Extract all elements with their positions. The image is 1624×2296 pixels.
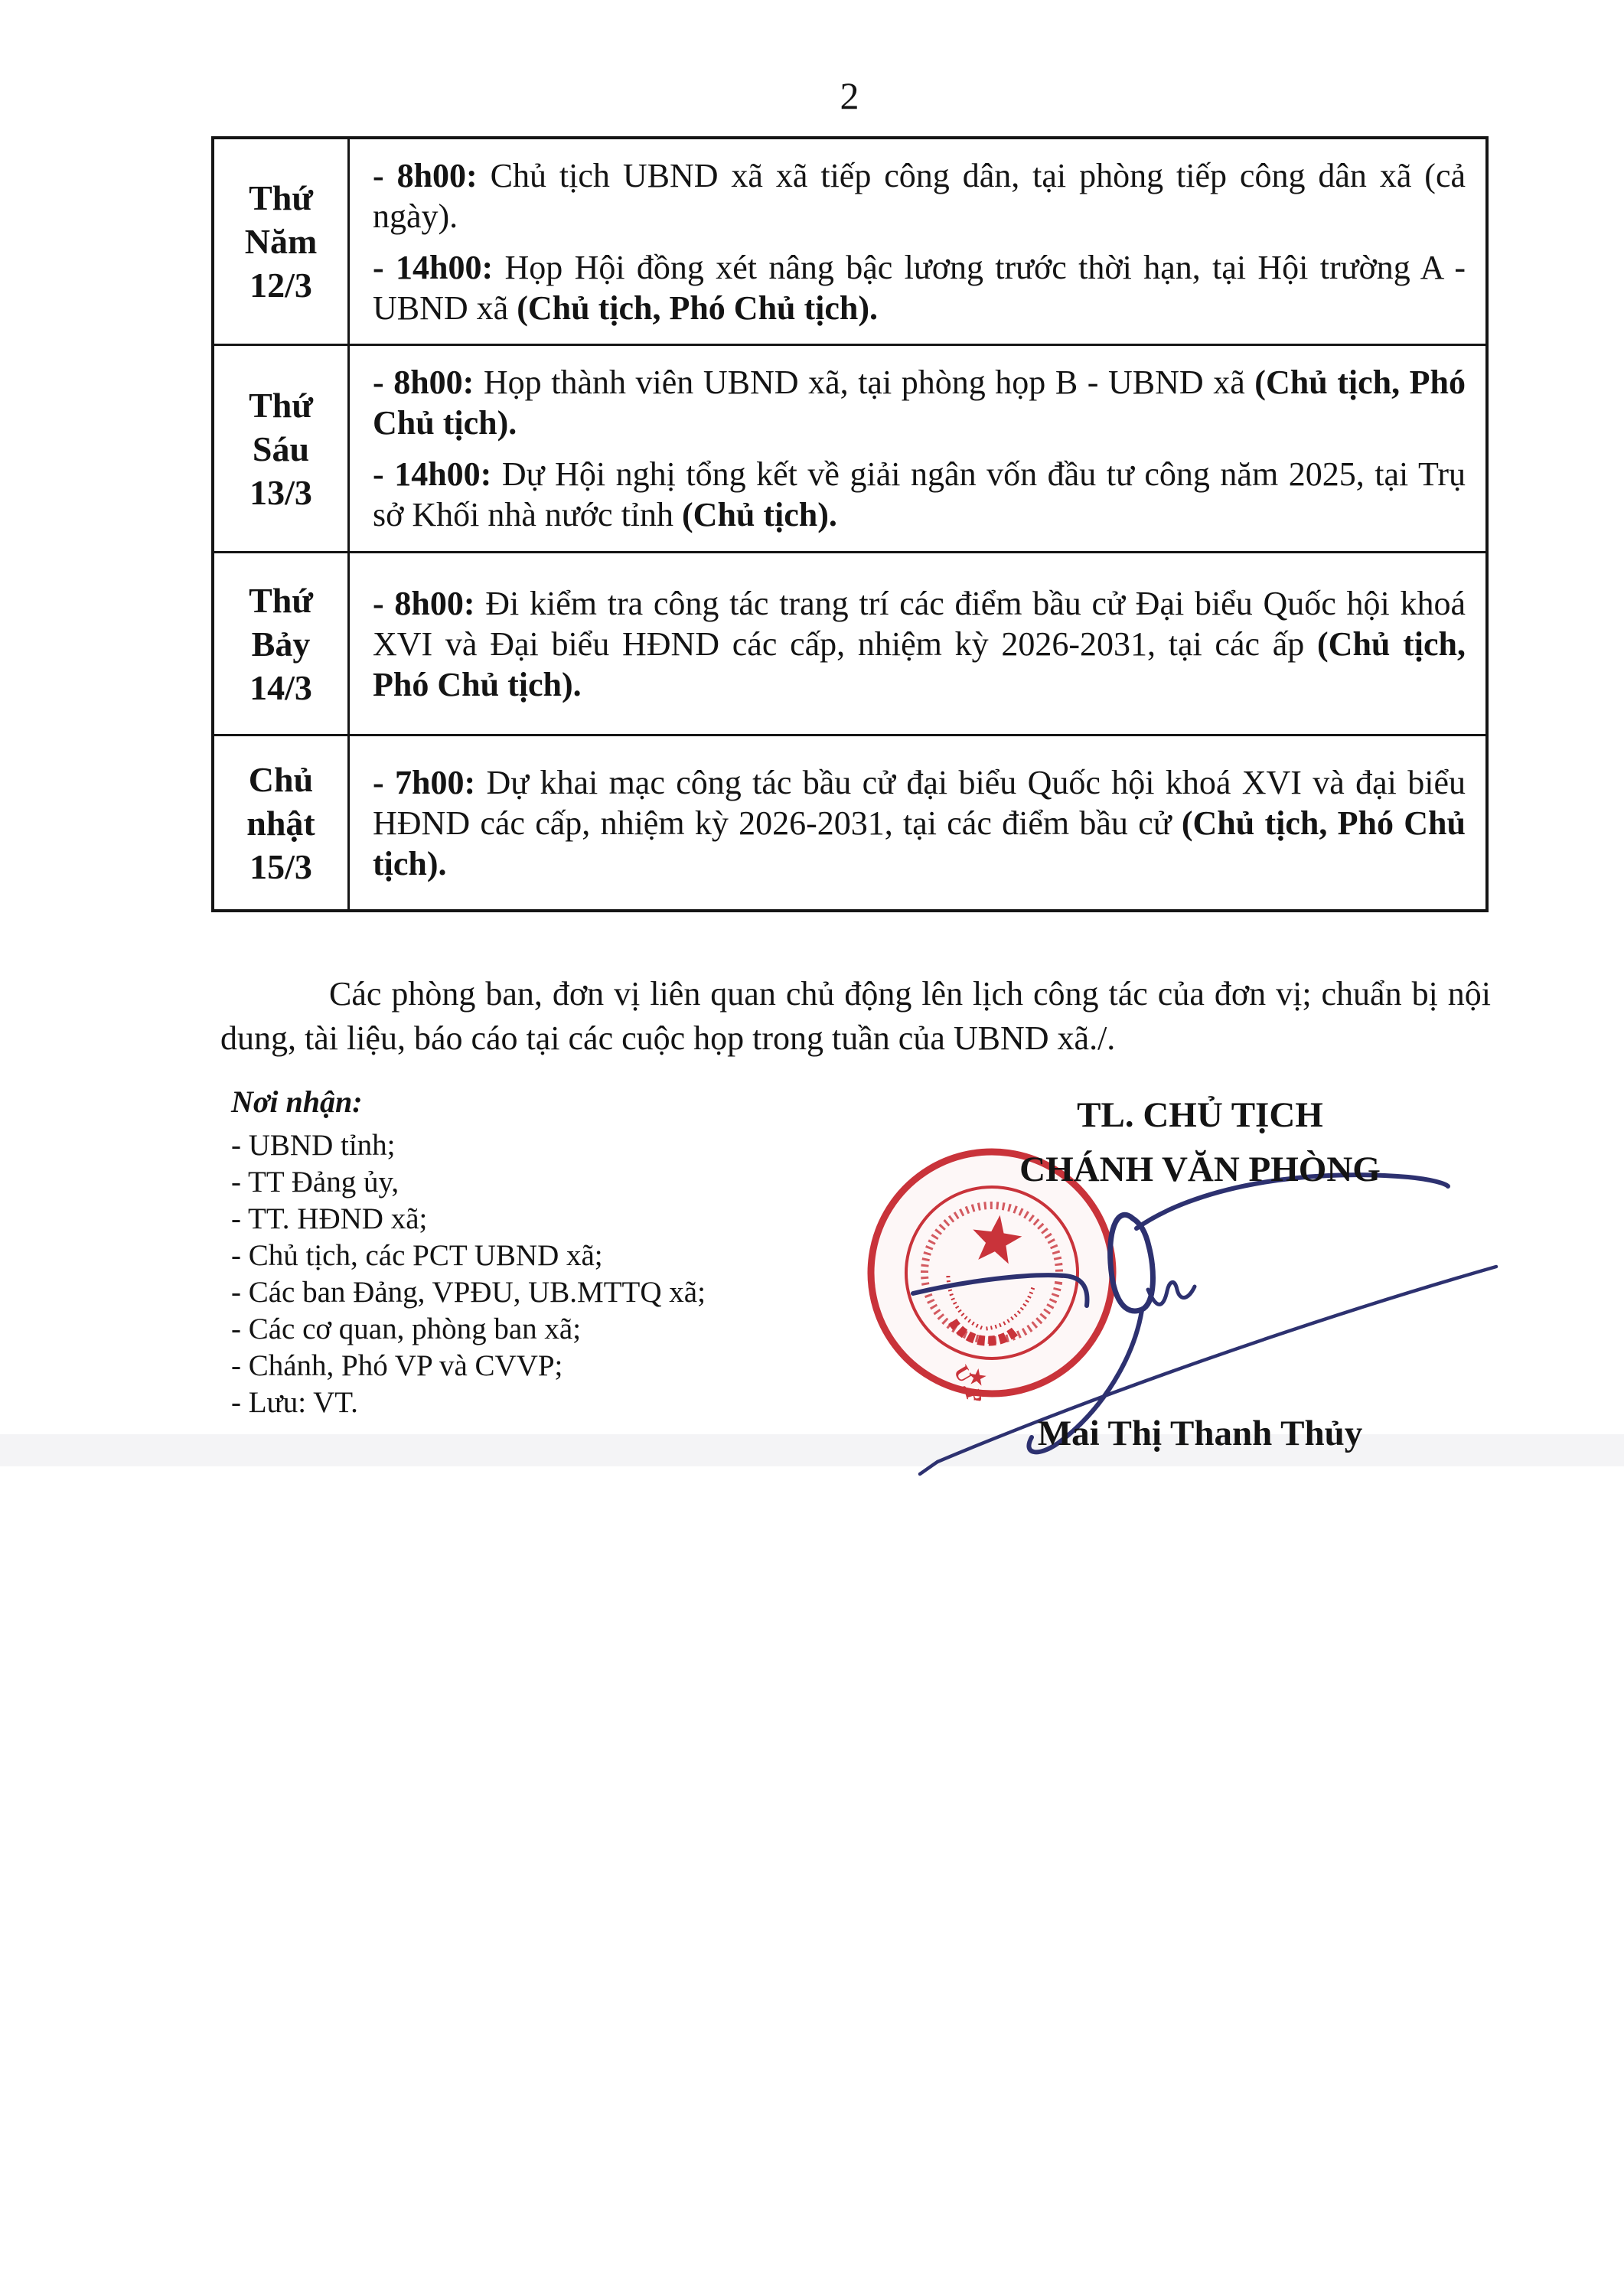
text-segment: Chủ tịch UBND xã xã tiếp công dân, tại p… xyxy=(373,157,1466,235)
recipient-item: - Chủ tịch, các PCT UBND xã; xyxy=(231,1238,813,1274)
text-segment: - 7h00: xyxy=(373,764,475,801)
text-segment: Đi kiểm tra công tác trang trí các điểm … xyxy=(373,585,1466,663)
schedule-cell: - 7h00: Dự khai mạc công tác bầu cử đại … xyxy=(349,735,1488,911)
day-cell: ThứSáu13/3 xyxy=(213,345,349,552)
schedule-cell: - 8h00: Chủ tịch UBND xã xã tiếp công dâ… xyxy=(349,138,1488,345)
day-cell: Chủnhật15/3 xyxy=(213,735,349,911)
day-line: 12/3 xyxy=(215,263,347,307)
text-segment: (Chủ tịch, Phó Chủ tịch). xyxy=(517,289,878,327)
signature-title-line1: TL. CHỦ TỊCH xyxy=(940,1088,1460,1143)
day-line: 15/3 xyxy=(215,845,347,889)
day-line: Thứ xyxy=(215,579,347,622)
table-row: ThứNăm12/3 - 8h00: Chủ tịch UBND xã xã t… xyxy=(213,138,1487,345)
schedule-entry: - 14h00: Dự Hội nghị tổng kết về giải ng… xyxy=(373,454,1466,535)
weekly-schedule-table: ThứNăm12/3 - 8h00: Chủ tịch UBND xã xã t… xyxy=(211,136,1489,912)
text-segment: - 14h00: xyxy=(373,249,493,286)
table-row: Chủnhật15/3 - 7h00: Dự khai mạc công tác… xyxy=(213,735,1487,911)
day-line: Năm xyxy=(215,220,347,263)
text-segment: (Chủ tịch). xyxy=(682,496,837,533)
signer-name: Mai Thị Thanh Thủy xyxy=(940,1413,1460,1454)
day-line: Sáu xyxy=(215,427,347,471)
schedule-entry: - 14h00: Họp Hội đồng xét nâng bậc lương… xyxy=(373,247,1466,328)
schedule-entry: - 8h00: Họp thành viên UBND xã, tại phòn… xyxy=(373,362,1466,443)
day-line: Thứ xyxy=(215,383,347,427)
table-row: ThứSáu13/3 - 8h00: Họp thành viên UBND x… xyxy=(213,345,1487,552)
schedule-entry: - 7h00: Dự khai mạc công tác bầu cử đại … xyxy=(373,762,1466,884)
signature-title: TL. CHỦ TỊCH CHÁNH VĂN PHÒNG xyxy=(940,1088,1460,1197)
day-line: Chủ xyxy=(215,758,347,801)
schedule-cell: - 8h00: Họp thành viên UBND xã, tại phòn… xyxy=(349,345,1488,552)
text-segment: - 8h00: xyxy=(373,585,475,622)
text-segment: - 8h00: xyxy=(373,157,478,194)
recipient-item: - Các cơ quan, phòng ban xã; xyxy=(231,1311,813,1348)
text-segment: Họp thành viên UBND xã, tại phòng họp B … xyxy=(474,364,1254,401)
day-line: Bảy xyxy=(215,622,347,666)
day-cell: ThứBảy14/3 xyxy=(213,552,349,735)
page-number: 2 xyxy=(804,73,895,118)
closing-paragraph: Các phòng ban, đơn vị liên quan chủ động… xyxy=(220,972,1491,1061)
recipient-item: - UBND tỉnh; xyxy=(231,1127,813,1164)
document-page: { "page": { "number": "2" }, "table": { … xyxy=(0,0,1624,2296)
day-line: 13/3 xyxy=(215,471,347,514)
text-segment: - 14h00: xyxy=(373,455,491,493)
day-line: nhật xyxy=(215,801,347,845)
table-row: ThứBảy14/3 - 8h00: Đi kiểm tra công tác … xyxy=(213,552,1487,735)
recipient-item: - TT Đảng ủy, xyxy=(231,1164,813,1201)
recipients-label: Nơi nhận: xyxy=(231,1084,813,1120)
day-line: Thứ xyxy=(215,176,347,220)
recipient-item: - Lưu: VT. xyxy=(231,1384,813,1421)
recipient-item: - Chánh, Phó VP và CVVP; xyxy=(231,1348,813,1384)
text-segment: - 8h00: xyxy=(373,364,474,401)
schedule-cell: - 8h00: Đi kiểm tra công tác trang trí c… xyxy=(349,552,1488,735)
day-cell: ThứNăm12/3 xyxy=(213,138,349,345)
signature-title-line2: CHÁNH VĂN PHÒNG xyxy=(940,1143,1460,1197)
day-line: 14/3 xyxy=(215,666,347,709)
recipients-list: - UBND tỉnh;- TT Đảng ủy,- TT. HĐND xã;-… xyxy=(231,1127,813,1421)
schedule-entry: - 8h00: Chủ tịch UBND xã xã tiếp công dâ… xyxy=(373,155,1466,236)
recipient-item: - Các ban Đảng, VPĐU, UB.MTTQ xã; xyxy=(231,1274,813,1311)
recipient-item: - TT. HĐND xã; xyxy=(231,1201,813,1238)
text-segment: Dự Hội nghị tổng kết về giải ngân vốn đầ… xyxy=(373,455,1466,533)
schedule-entry: - 8h00: Đi kiểm tra công tác trang trí c… xyxy=(373,583,1466,705)
recipients-block: Nơi nhận: - UBND tỉnh;- TT Đảng ủy,- TT.… xyxy=(231,1084,813,1421)
